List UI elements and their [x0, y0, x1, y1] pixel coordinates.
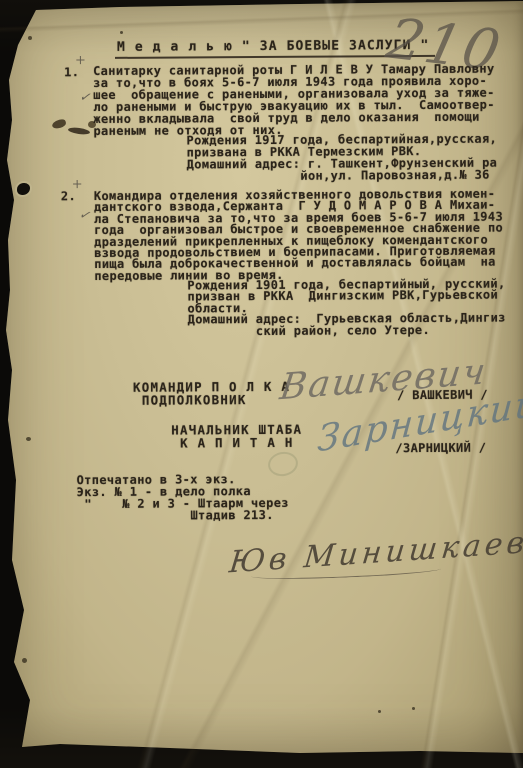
item-2-text: Командира отделения хозяйственного довол… — [94, 189, 504, 283]
item-2-details: Рождения 1901 года, беспартийный, русски… — [187, 279, 505, 338]
signature-role-commander: КОМАНДИР П О Л К А ПОДПОЛКОВНИК — [133, 381, 290, 407]
item-1-details: Рождения 1917 года, беспартийная,русская… — [186, 133, 497, 183]
pencil-check-mark: ✓ — [78, 89, 91, 105]
item-1-text: Санитарку санитарной роты Г И Л Е В У Та… — [93, 63, 495, 138]
document-scan: М е д а л ь ю " ЗА БОЕВЫЕ ЗАСЛУГИ " 210 … — [0, 0, 523, 768]
copies-note: Отпечатано в 3-х экз. Экз. № 1 - в дело … — [77, 473, 289, 523]
typed-name-zarnitsky: /ЗАРНИЦКИЙ / — [395, 442, 486, 455]
pencil-check-mark: ✓ — [78, 207, 92, 224]
item-2-number: 2. — [61, 190, 76, 202]
item-1-number: 1. — [64, 66, 79, 78]
signature-role-chief-of-staff: НАЧАЛЬНИК ШТАБА К А П И Т А Н — [171, 424, 302, 450]
document-content: М е д а л ь ю " ЗА БОЕВЫЕ ЗАСЛУГИ " 210 … — [0, 0, 523, 768]
